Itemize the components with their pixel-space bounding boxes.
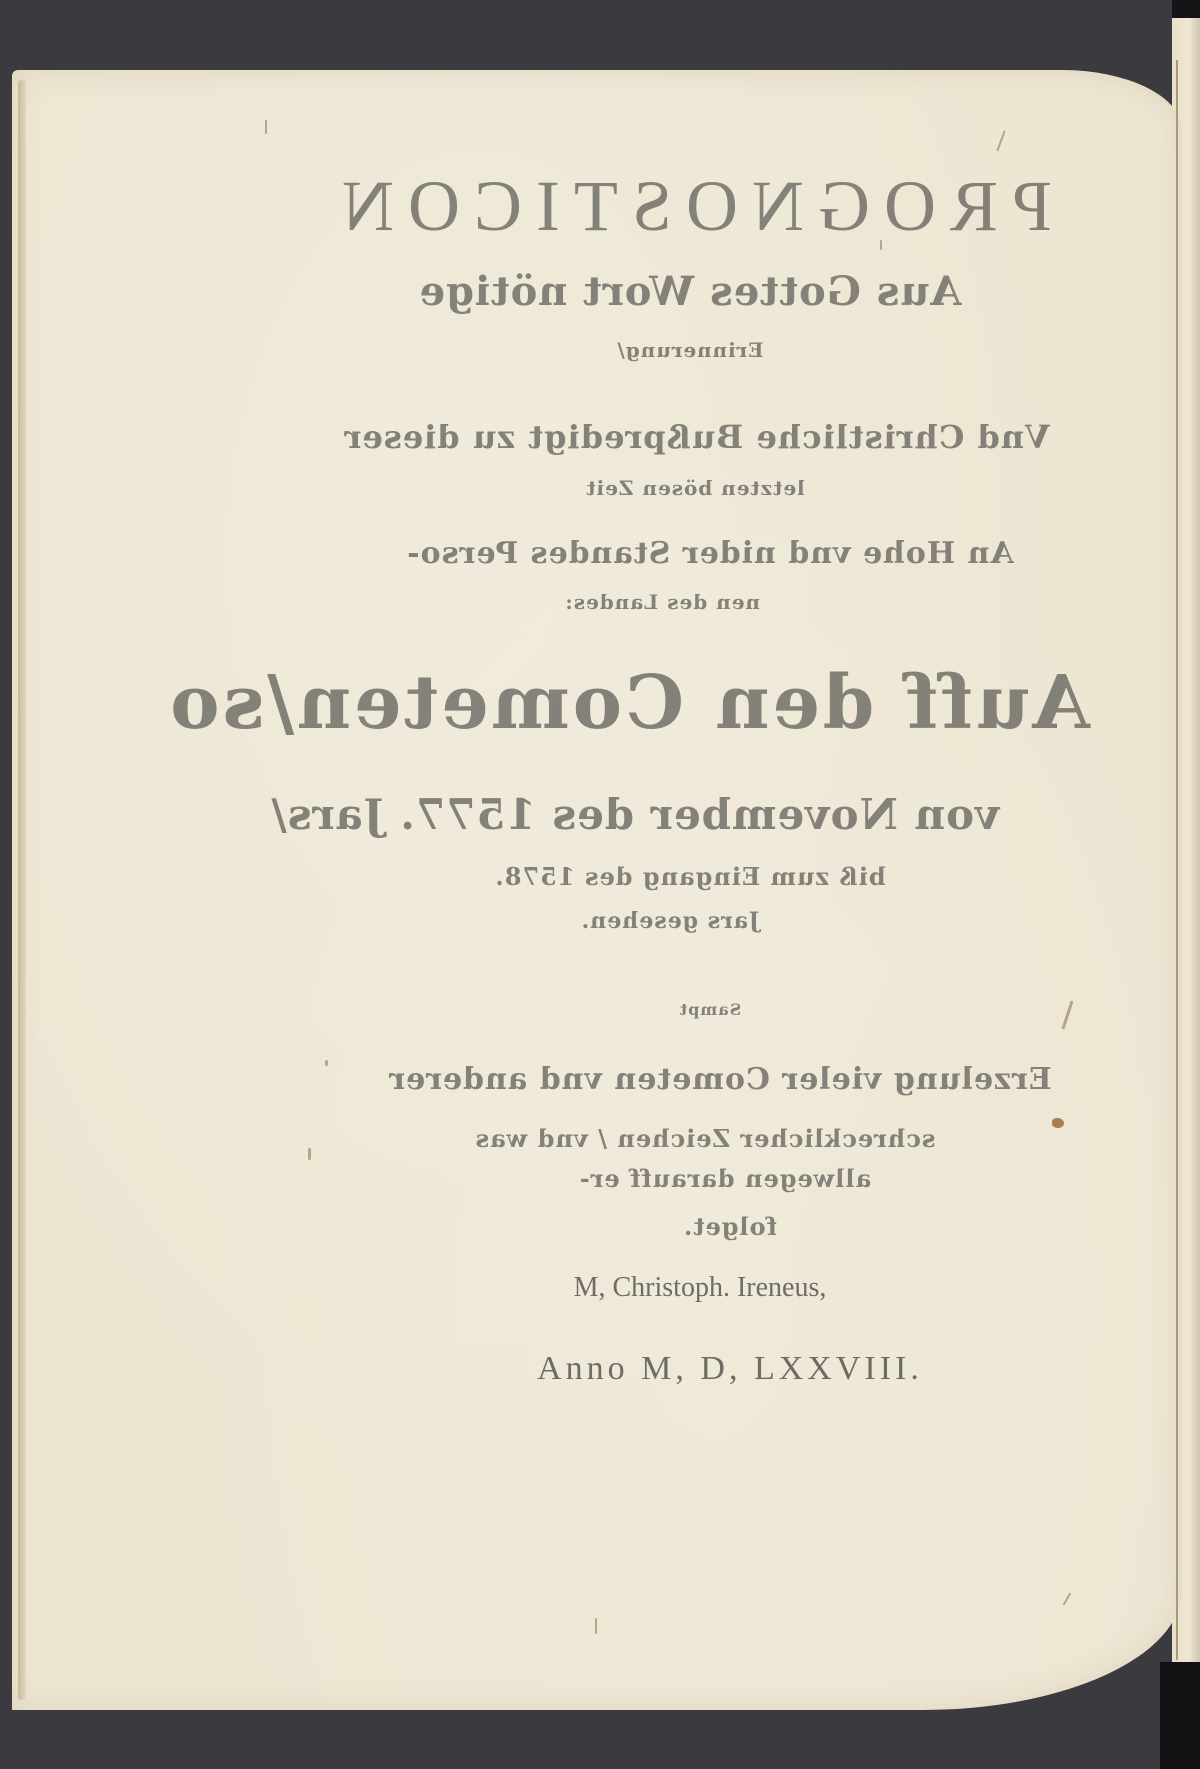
- paper-fleck: [325, 1060, 328, 1066]
- subtitle-line-6: nen des Landes:: [580, 590, 760, 614]
- title-page-text: PROGNOSTICON Aus Gottes Wort nötige Erin…: [0, 0, 1200, 1769]
- subtitle-line-5: An Hohe vnd nider Standes Perso-: [340, 536, 1080, 571]
- subtitle-line-3: Vnd Christliche Bußpredigt zu dieser: [370, 418, 1050, 456]
- subtitle-line-2: Erinnerung/: [590, 338, 790, 362]
- paper-stain: [1052, 1118, 1064, 1128]
- enumeration-line-3: allwegen darauff er-: [560, 1164, 890, 1193]
- subtitle-line-1: Aus Gottes Wort nötige: [390, 268, 990, 315]
- comet-heading: Auff den Cometen/so: [290, 660, 1090, 746]
- year-line: Anno M, D, LXXVIII.: [460, 1350, 1000, 1388]
- date-line-1: von November des 1577. Jars/: [170, 790, 1100, 839]
- date-line-3: Jars gesehen.: [580, 908, 760, 934]
- paper-fleck: [880, 240, 882, 250]
- title-prognosticon: PROGNOSTICON: [290, 165, 1090, 248]
- enumeration-line-1: Erzelung vieler Cometen vnd anderer: [370, 1062, 1070, 1097]
- paper-fleck: [595, 1618, 597, 1634]
- paper-fleck: [308, 1148, 311, 1160]
- date-line-2: biß zum Eingang des 1578.: [440, 862, 940, 891]
- subtitle-line-4: letzten bösen Zeit: [560, 476, 830, 500]
- enumeration-line-4: folget.: [670, 1212, 790, 1241]
- scanned-page-view: PROGNOSTICON Aus Gottes Wort nötige Erin…: [0, 0, 1200, 1769]
- author-line: M, Christoph. Ireneus,: [500, 1272, 900, 1304]
- enumeration-line-2: schrecklicher Zeichen / vnd was: [470, 1124, 940, 1153]
- sampt-line: Sampt: [650, 1000, 770, 1019]
- paper-fleck: [265, 120, 267, 134]
